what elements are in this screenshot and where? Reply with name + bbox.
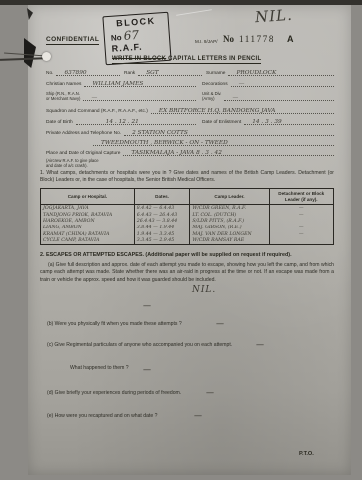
mi9-reference: M.I. 9/JAP/	[195, 39, 217, 44]
question-1-text: 1. What camps, detachments or hospitals …	[40, 170, 334, 185]
question-2e-text: (e) How were you recaptured and on what …	[47, 413, 157, 419]
leader-cell: W/CDR GREEN, R.A.F.	[190, 205, 269, 212]
christian-names-label: Christian Names	[46, 82, 81, 87]
question-2c-text: (c) Give Regimental particulars of anyon…	[47, 342, 232, 348]
capture-label: Place and Date of Original Capture	[46, 151, 120, 156]
dob-label: Date of Birth	[46, 120, 73, 125]
pencil-instruction: WRITE IN BLOCK CAPITAL LETTERS IN PENCIL	[112, 56, 261, 64]
confidential-label: CONFIDENTIAL	[46, 36, 99, 45]
photographed-document: NIL. BLOCK No 67 R.A.F. CONFIDENTIAL M.I…	[0, 0, 362, 480]
camps-table: Camp or Hospital. Dates. Camp Leader. De…	[40, 188, 334, 245]
question-2d-text: (d) Give briefly your experiences during…	[47, 390, 181, 396]
capture-note: (Aircrew R.A.F. to give placeand date of…	[46, 158, 99, 168]
christian-names-value: WILLIAM JAMES	[92, 81, 143, 87]
dob-field: 14 . 12 . 21	[76, 114, 196, 125]
row-christian-decorations: Christian Names WILLIAM JAMES Decoration…	[46, 77, 334, 87]
unit-div-value: —	[232, 95, 238, 101]
capture-value: TASIKMALAJA - JAVA 8 . 3 . 42	[131, 150, 222, 156]
question-2a-text: (a) Give full description and approx. da…	[40, 262, 334, 284]
instruction-struck-part: WRITE IN BLOCK	[112, 56, 166, 62]
unit-div-label: Unit & Div.(Army)	[202, 91, 221, 101]
no-field: 637890	[56, 65, 120, 76]
camp-cell: JOGJAKARTA, JAVA	[41, 205, 135, 212]
col-camp-leader: Camp Leader.	[190, 189, 269, 205]
handwritten-dash: —	[143, 301, 151, 310]
ref-no-sign: No	[223, 34, 234, 44]
leader-cell: W/CDR RAMSAY RAE	[190, 237, 269, 244]
ship-label: Ship (R.N., R.A.N.or Merchant Navy)	[46, 91, 80, 101]
row-no-rank-surname: No. 637890 Rank SGT Surname PROUDLOCK	[46, 66, 334, 76]
nil-annotation-top: NIL.	[254, 6, 293, 27]
pto-label: P.T.O.	[299, 451, 314, 457]
stamp-number-value: 67	[123, 28, 139, 43]
camps-table-header-row: Camp or Hospital. Dates. Camp Leader. De…	[41, 189, 334, 205]
row-ship-unit: Ship (R.N., R.A.N.or Merchant Navy) — Un…	[46, 89, 334, 101]
unit-div-field: —	[224, 88, 334, 101]
capture-field: TASIKMALAJA - JAVA 8 . 3 . 42	[123, 145, 334, 156]
col-dates: Dates.	[134, 189, 190, 205]
question-2b-text: (b) Were you physically fit when you mad…	[47, 321, 182, 327]
detachment-cell	[269, 237, 333, 244]
no-value: 637890	[64, 70, 86, 76]
handwritten-dash: —	[216, 319, 224, 328]
table-row: CYCLE CAMP, BATAVIA 3.3.45 — 2.9.45 W/CD…	[41, 237, 334, 244]
instruction-rest-part: CAPITAL LETTERS IN PENCIL	[166, 56, 261, 62]
decorations-label: Decorations	[202, 82, 228, 87]
nil-answer: NIL.	[192, 285, 216, 295]
surname-field: PROUDLOCK	[228, 65, 334, 76]
detachment-cell: —	[269, 205, 333, 212]
dates-cell: 8.4.42 — 6.4.43	[134, 205, 190, 212]
no-label: No.	[46, 71, 53, 76]
christian-names-field: WILLIAM JAMES	[84, 76, 196, 87]
handwritten-dash: —	[206, 388, 214, 397]
question-2c2-text: What happened to them ?	[70, 365, 129, 371]
handwritten-dash: —	[143, 365, 151, 374]
rank-field: SGT	[138, 65, 202, 76]
punch-hole	[42, 52, 51, 61]
ref-number: 111778	[239, 34, 275, 44]
camp-cell: CYCLE CAMP, BATAVIA	[41, 237, 135, 244]
squadron-field: EX BRITFORCE H.Q. BANDOENG JAVA	[151, 103, 334, 114]
row-squadron-command: Squadron and Command (R.A.F., R.A.A.F., …	[46, 104, 334, 114]
table-row: JOGJAKARTA, JAVA 8.4.42 — 6.4.43 W/CDR G…	[41, 205, 334, 212]
enlistment-field: 14 . 3 . 39	[244, 114, 334, 125]
row-capture: Place and Date of Original Capture TASIK…	[46, 146, 334, 156]
question-2-heading: 2. ESCAPES OR ATTEMPTED ESCAPES. (Additi…	[40, 252, 292, 258]
handwritten-dash: —	[194, 411, 202, 420]
col-camp-or-hospital: Camp or Hospital.	[41, 189, 135, 205]
decorations-value: —	[239, 81, 245, 87]
handwritten-dash: —	[256, 340, 264, 349]
ref-suffix: A	[287, 34, 294, 44]
surname-label: Surname	[206, 71, 225, 76]
ship-field: —	[83, 88, 196, 101]
col-detachment-leader: Detachment or BlockLeader (if any).	[269, 189, 333, 205]
row-dob-enlistment: Date of Birth 14 . 12 . 21 Date of Enlis…	[46, 115, 334, 125]
dates-cell: 3.3.45 — 2.9.45	[134, 237, 190, 244]
decorations-field: —	[231, 76, 334, 87]
ship-value: —	[91, 95, 97, 101]
